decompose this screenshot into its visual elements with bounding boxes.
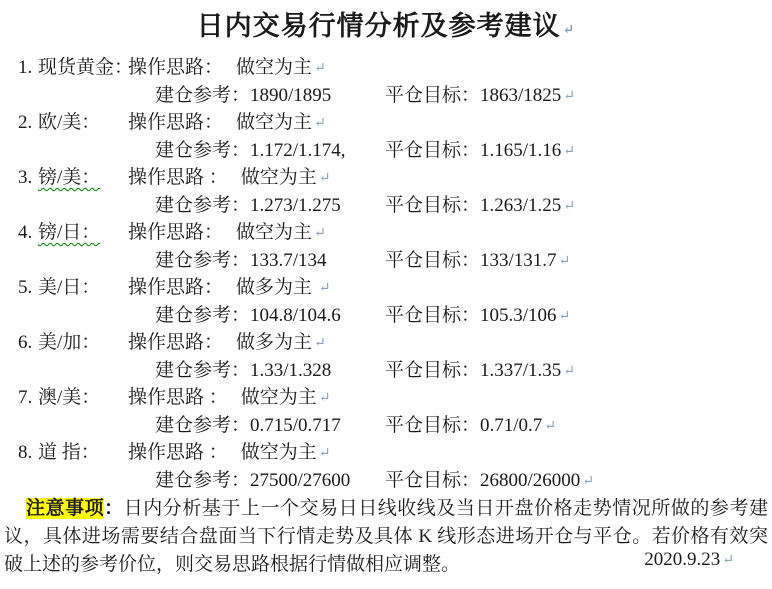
paragraph-mark-icon: ↵ xyxy=(563,144,575,159)
op-label: 操作思路 ： xyxy=(128,442,228,463)
direction: 做空为主 xyxy=(236,112,312,133)
exit-label: 平仓目标： xyxy=(385,85,480,106)
direction: 做空为主 xyxy=(241,442,317,463)
exit-label: 平仓目标： xyxy=(385,305,480,326)
trade-item-usdcad: 6.美/加：操作思路：做多为主↵ 建仓参考：1.33/1.328平仓目标：1.3… xyxy=(0,329,772,384)
exit-value: 1.165/1.16 xyxy=(480,140,561,161)
entry-value: 27500/27600 xyxy=(250,470,350,491)
item-number: 6. xyxy=(18,329,38,357)
exit-label: 平仓目标： xyxy=(385,470,480,491)
entry-label: 建仓参考： xyxy=(155,140,250,161)
exit-value: 26800/26000 xyxy=(480,470,580,491)
op-label: 操作思路： xyxy=(128,222,223,243)
pair-name: 欧/美： xyxy=(38,109,128,137)
entry-label: 建仓参考： xyxy=(155,305,250,326)
exit-value: 105.3/106 xyxy=(480,305,557,326)
direction: 做空为主 xyxy=(241,387,317,408)
paragraph-mark-icon: ↵ xyxy=(563,89,575,104)
op-label: 操作思路： xyxy=(128,112,223,133)
pair-name: 镑/美： xyxy=(38,164,128,192)
exit-label: 平仓目标： xyxy=(385,250,480,271)
entry-value: 1.273/1.275 xyxy=(250,195,341,216)
entry-value: 0.715/0.717 xyxy=(250,415,341,436)
paragraph-mark-icon: ↵ xyxy=(319,281,331,296)
entry-label: 建仓参考： xyxy=(155,85,250,106)
paragraph-mark-icon: ↵ xyxy=(722,553,734,568)
entry-label: 建仓参考： xyxy=(155,415,250,436)
exit-label: 平仓目标： xyxy=(385,140,480,161)
paragraph-mark-icon: ↵ xyxy=(559,309,571,324)
exit-value: 0.71/0.7 xyxy=(480,415,542,436)
entry-label: 建仓参考： xyxy=(155,195,250,216)
item-number: 3. xyxy=(18,164,38,192)
op-label: 操作思路 ： xyxy=(128,387,228,408)
op-label: 操作思路： xyxy=(128,332,223,353)
exit-value: 1863/1825 xyxy=(480,85,561,106)
notice-colon: ： xyxy=(104,498,124,519)
trade-list: 1.现货黄金：操作思路：做空为主↵ 建仓参考：1890/1895平仓目标：186… xyxy=(0,54,772,494)
pair-name: 道 指： xyxy=(38,439,128,467)
trade-item-usdjpy: 5.美/日：操作思路：做多为主 ↵ 建仓参考：104.8/104.6平仓目标：1… xyxy=(0,274,772,329)
entry-label: 建仓参考： xyxy=(155,470,250,491)
entry-label: 建仓参考： xyxy=(155,250,250,271)
exit-value: 133/131.7 xyxy=(480,250,557,271)
direction: 做多为主 xyxy=(236,332,312,353)
item-number: 4. xyxy=(18,219,38,247)
paragraph-mark-icon: ↵ xyxy=(314,226,326,241)
direction: 做空为主 xyxy=(241,167,317,188)
trade-item-gbpusd: 3.镑/美：操作思路 ：做空为主↵ 建仓参考：1.273/1.275平仓目标：1… xyxy=(0,164,772,219)
paragraph-mark-icon: ↵ xyxy=(319,171,331,186)
exit-value: 1.263/1.25 xyxy=(480,195,561,216)
item-number: 1. xyxy=(18,54,38,82)
entry-value: 1.33/1.328 xyxy=(250,360,331,381)
pair-name: 美/日： xyxy=(38,274,128,302)
direction: 做多为主 xyxy=(236,277,317,298)
item-number: 5. xyxy=(18,274,38,302)
entry-value: 133.7/134 xyxy=(250,250,327,271)
trade-item-gold: 1.现货黄金：操作思路：做空为主↵ 建仓参考：1890/1895平仓目标：186… xyxy=(0,54,772,109)
pair-name: 澳/美： xyxy=(38,384,128,412)
exit-label: 平仓目标： xyxy=(385,415,480,436)
paragraph-mark-icon: ↵ xyxy=(563,23,576,38)
paragraph-mark-icon: ↵ xyxy=(319,446,331,461)
pair-name: 镑/日： xyxy=(38,219,128,247)
entry-value: 1890/1895 xyxy=(250,85,331,106)
page-title: 日内交易行情分析及参考建议↵ xyxy=(0,0,772,52)
document-date: 2020.9.23↵ xyxy=(644,546,734,575)
paragraph-mark-icon: ↵ xyxy=(544,419,556,434)
paragraph-mark-icon: ↵ xyxy=(314,116,326,131)
exit-label: 平仓目标： xyxy=(385,195,480,216)
document-page: 日内交易行情分析及参考建议↵ 1.现货黄金：操作思路：做空为主↵ 建仓参考：18… xyxy=(0,0,772,589)
notice-heading: 注意事项 xyxy=(26,498,104,519)
trade-item-gbpjpy: 4.镑/日：操作思路：做空为主↵ 建仓参考：133.7/134平仓目标：133/… xyxy=(0,219,772,274)
paragraph-mark-icon: ↵ xyxy=(582,474,594,489)
direction: 做空为主 xyxy=(236,57,312,78)
item-number: 7. xyxy=(18,384,38,412)
item-number: 2. xyxy=(18,109,38,137)
op-label: 操作思路： xyxy=(128,277,223,298)
paragraph-mark-icon: ↵ xyxy=(314,336,326,351)
date-text: 2020.9.23 xyxy=(644,549,720,570)
direction: 做空为主 xyxy=(236,222,312,243)
paragraph-mark-icon: ↵ xyxy=(314,61,326,76)
entry-value: 1.172/1.174, xyxy=(250,140,346,161)
pair-name: 现货黄金： xyxy=(38,54,128,82)
page-title-text: 日内交易行情分析及参考建议 xyxy=(197,11,561,41)
paragraph-mark-icon: ↵ xyxy=(559,254,571,269)
op-label: 操作思路 ： xyxy=(128,167,228,188)
trade-item-eurusd: 2.欧/美：操作思路：做空为主↵ 建仓参考：1.172/1.174,平仓目标：1… xyxy=(0,109,772,164)
paragraph-mark-icon: ↵ xyxy=(563,199,575,214)
pair-name: 美/加： xyxy=(38,329,128,357)
trade-item-dow: 8.道 指：操作思路 ：做空为主↵ 建仓参考：27500/27600平仓目标：2… xyxy=(0,439,772,494)
op-label: 操作思路： xyxy=(128,57,223,78)
exit-label: 平仓目标： xyxy=(385,360,480,381)
entry-label: 建仓参考： xyxy=(155,360,250,381)
paragraph-mark-icon: ↵ xyxy=(319,391,331,406)
exit-value: 1.337/1.35 xyxy=(480,360,561,381)
paragraph-mark-icon: ↵ xyxy=(563,364,575,379)
item-number: 8. xyxy=(18,439,38,467)
trade-item-audusd: 7.澳/美：操作思路 ：做空为主↵ 建仓参考：0.715/0.717平仓目标：0… xyxy=(0,384,772,439)
entry-value: 104.8/104.6 xyxy=(250,305,341,326)
